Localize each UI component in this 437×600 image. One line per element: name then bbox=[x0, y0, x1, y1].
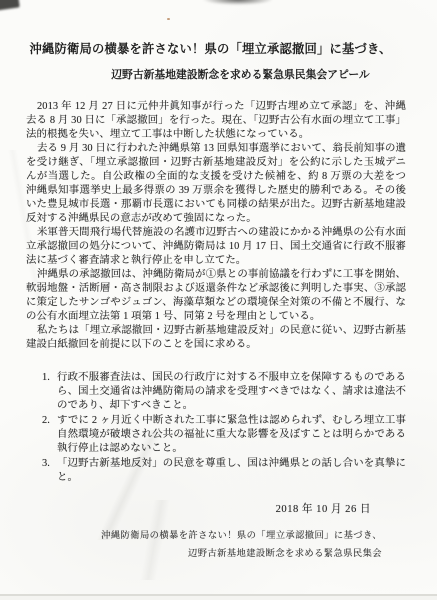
body-text-line: を受け継ぎ、「埋立承認撤回・辺野古新基地建設反対」を公約に示した玉城デニーさ bbox=[26, 156, 406, 170]
scan-speck-artifact bbox=[167, 18, 170, 20]
demands-list: 1. 行政不服審査法は、国民の行政庁に対する不服申立を保障するものであることか … bbox=[26, 371, 406, 486]
paragraph-4: 沖縄県の承認撤回は、沖縄防衛局が①県との事前協議を行わずに工事を開始、② 軟弱地… bbox=[26, 268, 406, 324]
list-text-line: 執行停止は認めないこと。 bbox=[57, 442, 406, 456]
body-text-line: 沖縄県の承認撤回は、沖縄防衛局が①県との事前協議を行わずに工事を開始、② bbox=[26, 268, 406, 282]
document-title-line-1: 沖縄防衛局の横暴を許さない！県の「埋立承認撤回」に基づき、 bbox=[0, 42, 429, 56]
list-item-text: 「辺野古新基地反対」の民意を尊重し、国は沖縄県との話し合いを真摯に行うこ と。 bbox=[57, 457, 406, 485]
document-footer: 沖縄防衛局の横暴を許さない！県の「埋立承認撤回」に基づき、 辺野古新基地建設断念… bbox=[101, 527, 382, 563]
list-item-number: 1. bbox=[26, 371, 57, 413]
list-text-line: 「辺野古新基地反対」の民意を尊重し、国は沖縄県との話し合いを真摯に行うこ bbox=[57, 457, 406, 471]
body-text-line: の公有水面埋立法第 1 項第 1 号、同第 2 号を理由としている。 bbox=[26, 310, 406, 324]
body-text-line: 2013 年 12 月 27 日に元仲井眞知事が行った「辺野古埋め立て承認」を、… bbox=[26, 100, 406, 114]
footer-line-2: 辺野古新基地建設断念を求める緊急県民集会 bbox=[101, 545, 382, 563]
paragraph-2: 去る 9 月 30 日に行われた沖縄県第 13 回県知事選挙において、翁長前知事… bbox=[26, 142, 406, 226]
paragraph-3: 米軍普天間飛行場代替施設の名護市辺野古への建設にかかる沖縄県の公有水面埋 立承認… bbox=[26, 226, 406, 268]
body-text-line: いた豊見城市長選・那覇市長選においても同様の結果が出た。辺野古新基地建設に bbox=[26, 198, 406, 212]
paragraph-1: 2013 年 12 月 27 日に元仲井眞知事が行った「辺野古埋め立て承認」を、… bbox=[26, 100, 406, 142]
list-text-line: すでに 2 ヶ月近く中断された工事に緊急性は認められず、むしろ埋立工事により bbox=[57, 414, 406, 428]
scan-top-smudge-artifact bbox=[203, 0, 273, 5]
body-text-line: 建設白紙撤回を前提に以下のことを国に求める。 bbox=[26, 338, 406, 352]
document-title-line-2: 辺野古新基地建設断念を求める緊急県民集会アピール bbox=[22, 69, 437, 82]
scan-bottom-strip-artifact bbox=[0, 596, 437, 600]
paragraph-5: 私たちは「埋立承認撤回・辺野古新基地建設反対」の民意に従い、辺野古新基地 建設白… bbox=[26, 324, 406, 352]
scan-corner-mark-artifact bbox=[0, 0, 20, 11]
footer-line-1: 沖縄防衛局の横暴を許さない！県の「埋立承認撤回」に基づき、 bbox=[101, 527, 382, 545]
body-text-line: 法に基づく審査請求と執行停止を申し立てた。 bbox=[26, 254, 406, 268]
document-title: 沖縄防衛局の横暴を許さない！県の「埋立承認撤回」に基づき、 辺野古新基地建設断念… bbox=[0, 42, 437, 82]
list-item-2: 2. すでに 2 ヶ月近く中断された工事に緊急性は認められず、むしろ埋立工事によ… bbox=[26, 414, 406, 456]
document-date: 2018 年 10 月 26 日 bbox=[276, 501, 371, 516]
body-text-line: 去る 8 月 30 日に「承認撤回」を行った。現在、「辺野古公有水面の埋立て工事… bbox=[26, 114, 406, 128]
body-text-line: 立承認撤回の処分について、沖縄防衛局は 10 月 17 日、国土交通省に行政不服… bbox=[26, 240, 406, 254]
list-text-line: と。 bbox=[57, 471, 406, 485]
scanned-document-page: 沖縄防衛局の横暴を許さない！県の「埋立承認撤回」に基づき、 辺野古新基地建設断念… bbox=[0, 0, 437, 600]
list-text-line: のであり、却下すべきこと。 bbox=[57, 399, 406, 413]
list-text-line: 自然環境が破壊され公共の福祉に重大な影響を及ぼすことは明らかであるから、 bbox=[57, 428, 406, 442]
list-text-line: 行政不服審査法は、国民の行政庁に対する不服申立を保障するものであることか bbox=[57, 371, 406, 385]
document-body: 2013 年 12 月 27 日に元仲井眞知事が行った「辺野古埋め立て承認」を、… bbox=[26, 100, 406, 352]
body-text-line: 去る 9 月 30 日に行われた沖縄県第 13 回県知事選挙において、翁長前知事… bbox=[26, 142, 406, 156]
body-text-line: 法的根拠を失い、埋立て工事は中断した状態になっている。 bbox=[26, 128, 406, 142]
list-item-number: 2. bbox=[26, 414, 57, 456]
list-item-1: 1. 行政不服審査法は、国民の行政庁に対する不服申立を保障するものであることか … bbox=[26, 371, 406, 413]
body-text-line: 米軍普天間飛行場代替施設の名護市辺野古への建設にかかる沖縄県の公有水面埋 bbox=[26, 226, 406, 240]
list-item-3: 3. 「辺野古新基地反対」の民意を尊重し、国は沖縄県との話し合いを真摯に行うこ … bbox=[26, 457, 406, 485]
list-item-text: すでに 2 ヶ月近く中断された工事に緊急性は認められず、むしろ埋立工事により 自… bbox=[57, 414, 406, 456]
body-text-line: 私たちは「埋立承認撤回・辺野古新基地建設反対」の民意に従い、辺野古新基地 bbox=[26, 324, 406, 338]
list-text-line: ら、国土交通省は沖縄防衛局の請求を受理すべきではなく、請求は違法不当なも bbox=[57, 385, 406, 399]
body-text-line: んが当選した。自公政権の全面的な支援を受けた候補を、約 8 万票の大差をつけ、 bbox=[26, 170, 406, 184]
body-text-line: 軟弱地盤・活断層・高さ制限および返還条件など承認後に判明した事実、③承認後 bbox=[26, 282, 406, 296]
list-item-number: 3. bbox=[26, 457, 57, 485]
list-item-text: 行政不服審査法は、国民の行政庁に対する不服申立を保障するものであることか ら、国… bbox=[57, 371, 406, 413]
body-text-line: に策定したサンゴやジュゴン、海藻草類などの環境保全対策の不備と不履行、など bbox=[26, 296, 406, 310]
body-text-line: 沖縄県知事選挙史上最多得票の 39 万票余を獲得した歴史的勝利である。その後に続 bbox=[26, 184, 406, 198]
body-text-line: 反対する沖縄県民の意志が改めて強固になった。 bbox=[26, 212, 406, 226]
